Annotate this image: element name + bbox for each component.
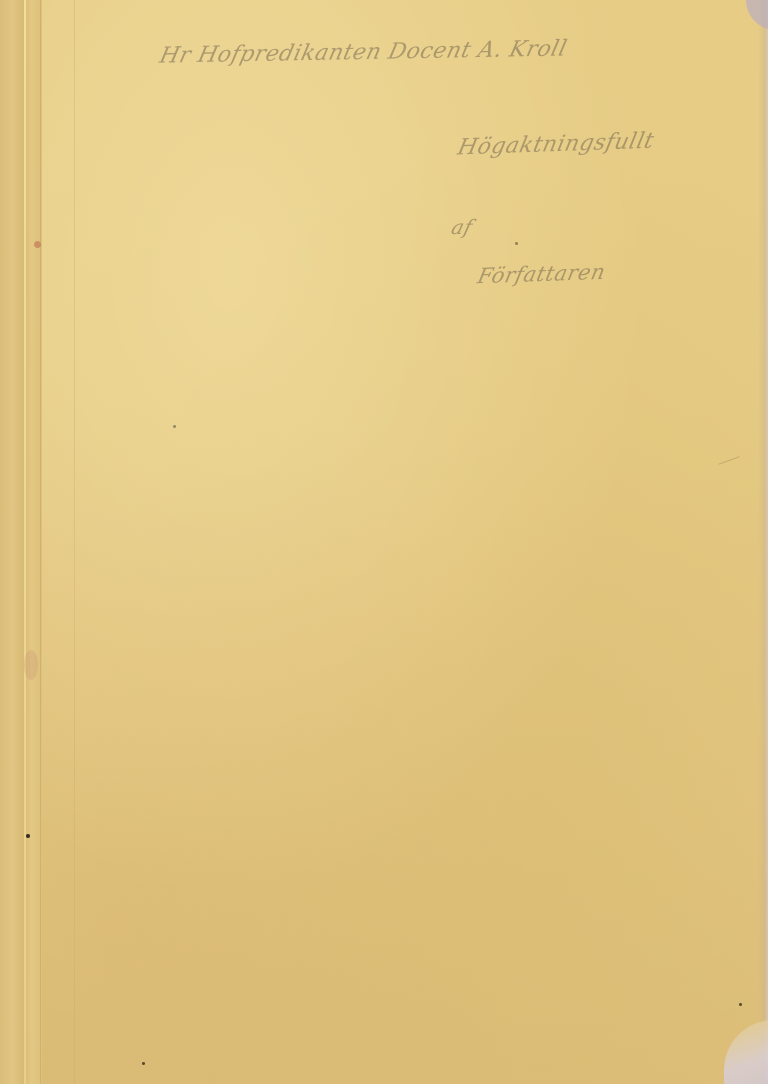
inscription-recipient: Hr Hofpredikanten Docent A. Kroll <box>157 36 569 68</box>
ink-speck <box>515 242 518 245</box>
ink-speck <box>142 1062 145 1065</box>
paper-crease <box>718 456 739 464</box>
inscription-from: af <box>449 215 475 239</box>
ink-speck <box>173 425 176 428</box>
worn-top-right-corner <box>746 0 768 30</box>
document-cover: Hr Hofpredikanten Docent A. Kroll Högakt… <box>0 0 768 1084</box>
inscription-author: Författaren <box>475 260 607 289</box>
spine-fold-line <box>24 0 26 1084</box>
worn-right-edge <box>758 0 768 1084</box>
binding-spine <box>0 0 42 1084</box>
stain-spot <box>24 650 38 680</box>
spine-fold-line <box>40 0 41 1084</box>
ink-speck <box>739 1003 742 1006</box>
ink-speck <box>26 834 30 838</box>
worn-bottom-right-corner <box>724 1020 768 1084</box>
spine-fold-line <box>74 0 75 1084</box>
inscription-greeting: Högaktningsfullt <box>455 128 656 160</box>
stain-spot <box>34 241 41 248</box>
